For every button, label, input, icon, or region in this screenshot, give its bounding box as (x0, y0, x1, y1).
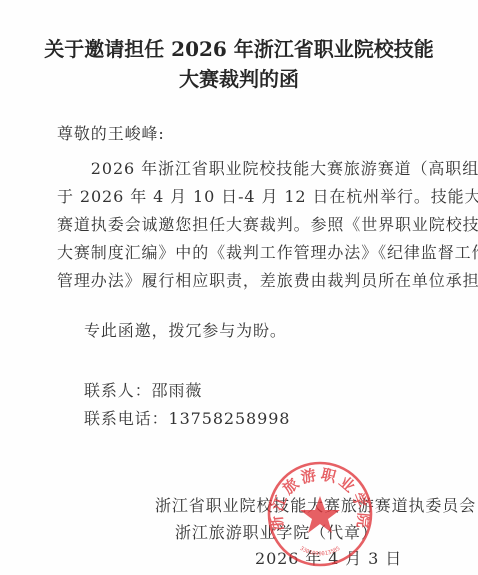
signature-organization: 浙江省职业院校技能大赛旅游赛道执委员会 (155, 493, 476, 516)
body-line-2: 于 2026 年 4 月 10 日-4 月 12 日在杭州举行。技能大赛旅游 (57, 183, 478, 211)
body-line-4: 大赛制度汇编》中的《裁判工作管理办法》《纪律监督工作 (57, 239, 478, 267)
body-line-5: 管理办法》履行相应职责，差旅费由裁判员所在单位承担。 (57, 267, 478, 295)
contact-phone: 联系电话：13758258998 (84, 406, 290, 429)
salutation: 尊敬的王峻峰: (57, 121, 165, 144)
signature-school: 浙江旅游职业学院（代章） (175, 520, 378, 543)
letter-title-line-1: 关于邀请担任 2026 年浙江省职业院校技能 (0, 33, 478, 62)
closing-sentence: 专此函邀，拨冗参与为盼。 (84, 318, 287, 341)
letter-title-line-2: 大赛裁判的函 (0, 63, 478, 92)
body-line-1: 2026 年浙江省职业院校技能大赛旅游赛道（高职组）将 (57, 155, 478, 183)
signature-date: 2026 年 4 月 3 日 (255, 546, 402, 569)
letter-page: 关于邀请担任 2026 年浙江省职业院校技能 大赛裁判的函 尊敬的王峻峰: 20… (0, 0, 478, 575)
body-line-3: 赛道执委会诚邀您担任大赛裁判。参照《世界职业院校技能 (57, 211, 478, 239)
contact-person: 联系人：邵雨薇 (84, 378, 202, 401)
body-paragraph: 2026 年浙江省职业院校技能大赛旅游赛道（高职组）将 于 2026 年 4 月… (57, 155, 478, 295)
